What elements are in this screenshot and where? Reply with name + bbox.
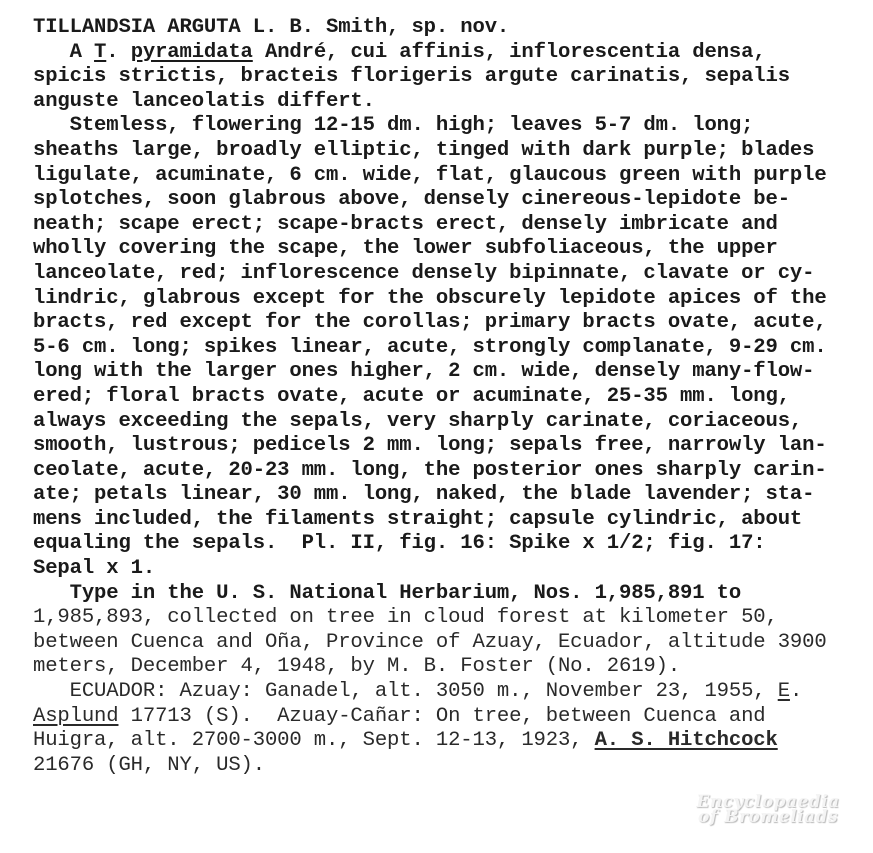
description-line: bracts, red except for the corollas; pri… — [33, 311, 863, 336]
latin-diagnosis-line: spicis strictis, bracteis florigeris arg… — [33, 65, 863, 90]
species-name: TILLANDSIA ARGUTA — [33, 16, 241, 39]
description-line: ate; petals linear, 30 mm. long, naked, … — [33, 483, 863, 508]
specimen-line: Asplund 17713 (S). Azuay-Cañar: On tree,… — [33, 705, 863, 730]
punctuation: . — [790, 680, 802, 703]
specimen-line: 21676 (GH, NY, US). — [33, 754, 863, 779]
collector-asplund: Asplund — [33, 705, 118, 728]
description-line: ceolate, acute, 20-23 mm. long, the post… — [33, 459, 863, 484]
latin-text: André, cui affinis, inflorescentia densa… — [253, 41, 766, 64]
latin-diagnosis-line: anguste lanceolatis differt. — [33, 90, 863, 115]
species-description: TILLANDSIA ARGUTA L. B. Smith, sp. nov. … — [33, 16, 863, 778]
type-line: between Cuenca and Oña, Province of Azua… — [33, 631, 863, 656]
collector-hitchcock: A. S. Hitchcock — [595, 729, 778, 752]
description-line: 5-6 cm. long; spikes linear, acute, stro… — [33, 336, 863, 361]
specimen-line: ECUADOR: Azuay: Ganadel, alt. 3050 m., N… — [33, 680, 863, 705]
watermark-line: of Bromeliads — [688, 810, 848, 825]
description-line: smooth, lustrous; pedicels 2 mm. long; s… — [33, 434, 863, 459]
type-line: 1,985,893, collected on tree in cloud fo… — [33, 606, 863, 631]
description-line: long with the larger ones higher, 2 cm. … — [33, 360, 863, 385]
type-line: Type in the U. S. National Herbarium, No… — [33, 582, 863, 607]
description-line: splotches, soon glabrous above, densely … — [33, 188, 863, 213]
description-line: wholly covering the scape, the lower sub… — [33, 237, 863, 262]
specimen-text: ECUADOR: Azuay: Ganadel, alt. 3050 m., N… — [33, 680, 778, 703]
collector-initial: E — [778, 680, 790, 703]
description-line: Sepal x 1. — [33, 557, 863, 582]
latin-diagnosis-line: A T. pyramidata André, cui affinis, infl… — [33, 41, 863, 66]
type-line: meters, December 4, 1948, by M. B. Foste… — [33, 655, 863, 680]
punctuation: . — [106, 41, 130, 64]
type-paragraph: Type in the U. S. National Herbarium, No… — [33, 582, 863, 680]
description-paragraph: Stemless, flowering 12-15 dm. high; leav… — [33, 114, 863, 581]
description-line: always exceeding the sepals, very sharpl… — [33, 410, 863, 435]
description-line: lindric, glabrous except for the obscure… — [33, 287, 863, 312]
description-line: neath; scape erect; scape-bracts erect, … — [33, 213, 863, 238]
compared-species: pyramidata — [131, 41, 253, 64]
description-line: ered; floral bracts ovate, acute or acum… — [33, 385, 863, 410]
description-line: equaling the sepals. Pl. II, fig. 16: Sp… — [33, 532, 863, 557]
species-author: L. B. Smith, sp. nov. — [253, 16, 509, 39]
indent: A — [33, 41, 94, 64]
description-line: lanceolate, red; inflorescence densely b… — [33, 262, 863, 287]
description-line: sheaths large, broadly elliptic, tinged … — [33, 139, 863, 164]
description-line: mens included, the filaments straight; c… — [33, 508, 863, 533]
watermark-logo: Encyclopaedia of Bromeliads — [688, 795, 848, 825]
description-line: ligulate, acuminate, 6 cm. wide, flat, g… — [33, 164, 863, 189]
specimen-text: Huigra, alt. 2700-3000 m., Sept. 12-13, … — [33, 729, 595, 752]
genus-abbrev: T — [94, 41, 106, 64]
specimens-paragraph: ECUADOR: Azuay: Ganadel, alt. 3050 m., N… — [33, 680, 863, 778]
specimen-line: Huigra, alt. 2700-3000 m., Sept. 12-13, … — [33, 729, 863, 754]
specimen-text: 17713 (S). Azuay-Cañar: On tree, between… — [118, 705, 765, 728]
species-heading: TILLANDSIA ARGUTA L. B. Smith, sp. nov. — [33, 16, 863, 41]
description-line: Stemless, flowering 12-15 dm. high; leav… — [33, 114, 863, 139]
